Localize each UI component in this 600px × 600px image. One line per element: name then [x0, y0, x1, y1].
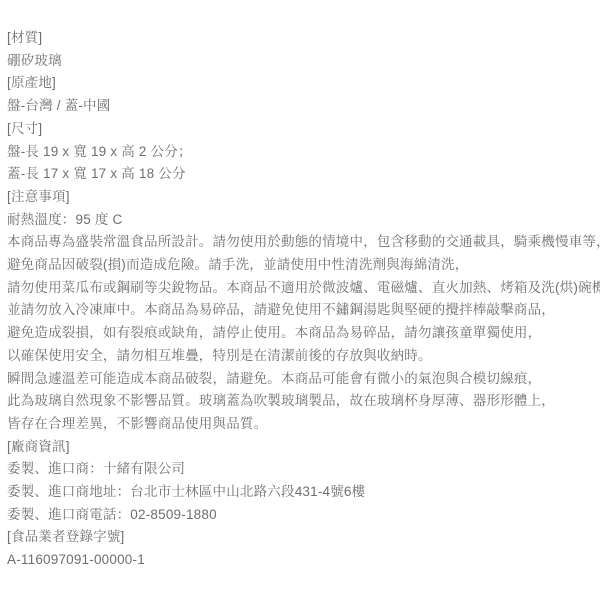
manufacturer-label: [廠商資訊]: [7, 436, 594, 459]
size-plate: 盤-長 19 x 寬 19 x 高 2 公分；: [7, 141, 594, 164]
origin-value: 盤-台灣 / 蓋-中國: [7, 95, 594, 118]
notice-line: 此為玻璃自然現象不影響品質。玻璃蓋為吹製玻璃製品，故在玻璃杯身厚薄、器形形體上，: [7, 390, 594, 413]
section-size: [尺寸] 盤-長 19 x 寬 19 x 高 2 公分； 蓋-長 17 x 寬 …: [7, 118, 594, 186]
manufacturer-phone: 委製、進口商電話：02-8509-1880: [7, 504, 594, 527]
registration-label: [食品業者登錄字號]: [7, 526, 594, 549]
notice-line: 本商品專為盛裝常溫食品所設計。請勿使用於動態的情境中，包含移動的交通載具，騎乘機…: [7, 231, 594, 254]
size-label: [尺寸]: [7, 118, 594, 141]
section-material: [材質] 硼矽玻璃: [7, 27, 594, 72]
section-manufacturer: [廠商資訊] 委製、進口商：十緒有限公司 委製、進口商地址：台北市士林區中山北路…: [7, 436, 594, 527]
notice-line: 避免造成裂損，如有裂痕或缺角，請停止使用。本商品為易碎品，請勿讓孩童單獨使用，: [7, 322, 594, 345]
notice-line: 請勿使用菜瓜布或鋼刷等尖銳物品。本商品不適用於微波爐、電磁爐、直火加熱、烤箱及洗…: [7, 277, 594, 300]
size-lid: 蓋-長 17 x 寬 17 x 高 18 公分: [7, 163, 594, 186]
notice-heat-resistance: 耐熱溫度：95 度 C: [7, 209, 594, 232]
manufacturer-company: 委製、進口商：十緒有限公司: [7, 458, 594, 481]
registration-number: A-116097091-00000-1: [7, 549, 594, 572]
section-notice: [注意事項] 耐熱溫度：95 度 C 本商品專為盛裝常溫食品所設計。請勿使用於動…: [7, 186, 594, 436]
material-label: [材質]: [7, 27, 594, 50]
material-value: 硼矽玻璃: [7, 50, 594, 73]
origin-label: [原產地]: [7, 72, 594, 95]
notice-line: 避免商品因破裂(損)而造成危險。請手洗，並請使用中性清洗劑與海綿清洗，: [7, 254, 594, 277]
notice-label: [注意事項]: [7, 186, 594, 209]
notice-line: 皆存在合理差異，不影響商品使用與品質。: [7, 413, 594, 436]
notice-line: 並請勿放入冷凍庫中。本商品為易碎品，請避免使用不鏽鋼湯匙與堅硬的攪拌棒敲擊商品，: [7, 299, 594, 322]
product-description: [材質] 硼矽玻璃 [原產地] 盤-台灣 / 蓋-中國 [尺寸] 盤-長 19 …: [0, 0, 600, 572]
section-origin: [原產地] 盤-台灣 / 蓋-中國: [7, 72, 594, 117]
notice-line: 以確保使用安全，請勿相互堆疊，特別是在清潔前後的存放與收納時。: [7, 345, 594, 368]
section-registration: [食品業者登錄字號] A-116097091-00000-1: [7, 526, 594, 571]
notice-line: 瞬間急遽溫差可能造成本商品破裂，請避免。本商品可能會有微小的氣泡與合模切線痕，: [7, 368, 594, 391]
manufacturer-address: 委製、進口商地址：台北市士林區中山北路六段431-4號6樓: [7, 481, 594, 504]
